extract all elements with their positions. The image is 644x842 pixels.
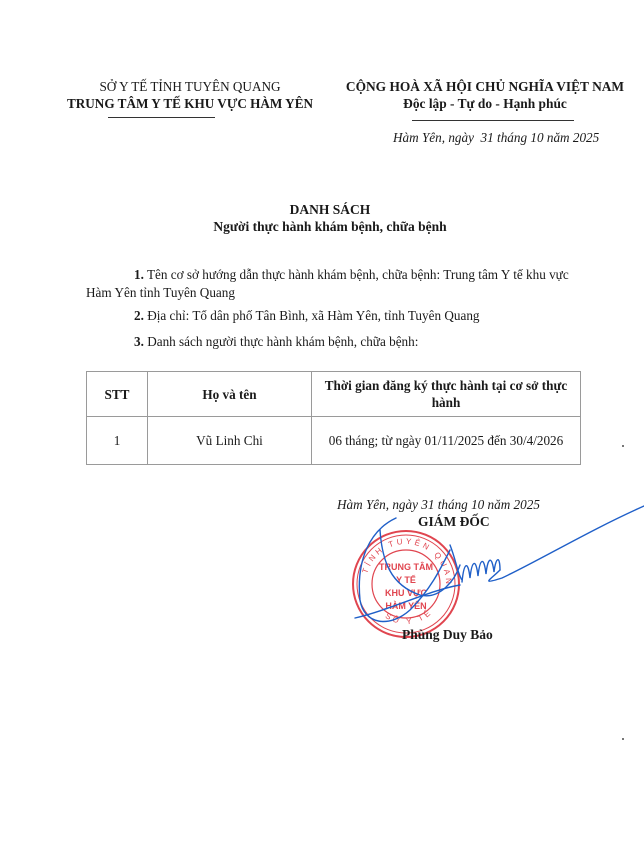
title-main: DANH SÁCH [180,201,480,218]
item-number: 3. [134,334,144,349]
item-1: 1. Tên cơ sở hướng dẫn thực hành khám bệ… [86,266,596,302]
agency-name: TRUNG TÂM Y TẾ KHU VỰC HÀM YÊN [40,95,340,112]
column-header-name: Họ và tên [148,372,312,417]
handwritten-signature-icon [330,490,644,650]
column-header-period: Thời gian đăng ký thực hành tại cơ sở th… [312,372,581,417]
table-header-row: STT Họ và tên Thời gian đăng ký thực hàn… [87,372,581,417]
item-3: 3. Danh sách người thực hành khám bệnh, … [134,333,418,351]
scan-speck [622,445,624,447]
table-row: 1 Vũ Linh Chi 06 tháng; từ ngày 01/11/20… [87,417,581,465]
cell-name: Vũ Linh Chi [148,417,312,465]
agency-parent: SỞ Y TẾ TỈNH TUYÊN QUANG [40,78,340,95]
motto-underline [412,120,574,121]
item-text: Danh sách người thực hành khám bệnh, chữ… [144,334,419,349]
national-heading: CỘNG HOÀ XÃ HỘI CHỦ NGHĨA VIỆT NAM Độc l… [326,78,644,112]
document-date: Hàm Yên, ngày 31 tháng 10 năm 2025 [393,130,599,146]
nation-name: CỘNG HOÀ XÃ HỘI CHỦ NGHĨA VIỆT NAM [326,78,644,95]
scan-speck [622,738,624,740]
item-number: 1. [134,267,144,282]
title-sub: Người thực hành khám bệnh, chữa bệnh [180,218,480,235]
item-text: Địa chỉ: Tổ dân phố Tân Bình, xã Hàm Yên… [144,308,480,323]
issuing-agency: SỞ Y TẾ TỈNH TUYÊN QUANG TRUNG TÂM Y TẾ … [40,78,340,112]
national-motto: Độc lập - Tự do - Hạnh phúc [326,95,644,112]
document-title: DANH SÁCH Người thực hành khám bệnh, chữ… [180,201,480,235]
agency-underline [108,117,215,118]
signer-name: Phùng Duy Bảo [402,627,493,643]
item-2: 2. Địa chỉ: Tổ dân phố Tân Bình, xã Hàm … [134,307,480,325]
practitioner-table: STT Họ và tên Thời gian đăng ký thực hàn… [86,371,581,465]
item-number: 2. [134,308,144,323]
cell-period: 06 tháng; từ ngày 01/11/2025 đến 30/4/20… [312,417,581,465]
cell-stt: 1 [87,417,148,465]
column-header-stt: STT [87,372,148,417]
item-text: Tên cơ sở hướng dẫn thực hành khám bệnh,… [86,267,569,300]
